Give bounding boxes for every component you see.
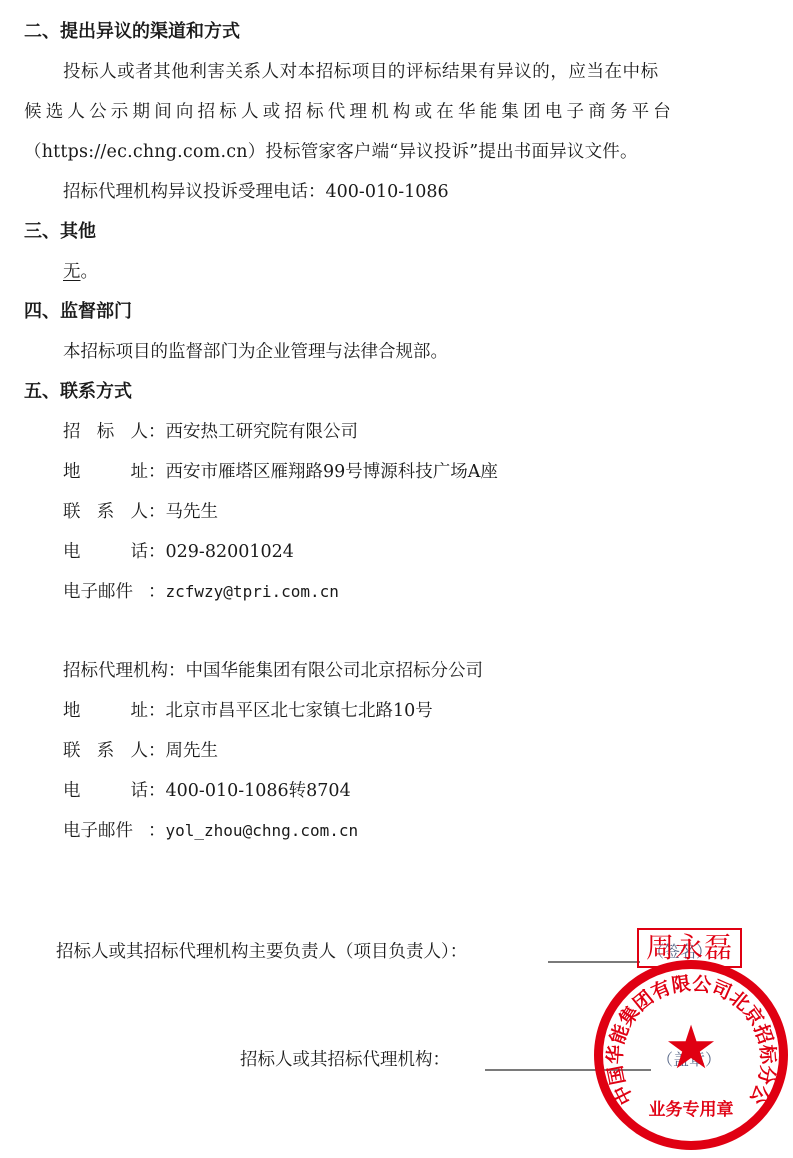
signature-line-1-label: 招标人或其招标代理机构主要负责人（项目负责人）： [56,940,467,964]
tenderer-email-value[interactable]: zcfwzy@tpri.com.cn [166,580,339,604]
tenderer-contact-row: 联 系 人 ：马先生 [63,500,218,524]
agency-email-value[interactable]: yol_zhou@chng.com.cn [166,819,359,843]
tenderer-org-label: 招 标 人 [63,420,148,444]
agency-address-value: 北京市昌平区北七家镇七北路10号 [166,699,433,723]
tenderer-org-value: 西安热工研究院有限公司 [166,420,359,444]
tenderer-contact-value: 马先生 [166,500,219,524]
tenderer-email-row: 电子邮件：zcfwzy@tpri.com.cn [63,580,339,604]
tenderer-phone-value: 029-82001024 [166,540,294,564]
agency-contact-row: 联 系 人 ：周先生 [63,739,218,763]
tenderer-org-row: 招 标 人 ：西安热工研究院有限公司 [63,420,358,444]
agency-phone-row: 电 话 ：400-010-1086转8704 [63,779,351,803]
hotline-value: 400-010-1086 [326,182,449,202]
objection-paragraph-line-1: 投标人或者其他利害关系人对本招标项目的评标结果有异议的，应当在中标 [63,60,659,84]
section-heading-objection-channels: 二、提出异议的渠道和方式 [24,20,240,44]
other-body-none: 无 [63,262,81,282]
objection-paragraph-line-2: 候选人公示期间向招标人或招标代理机构或在华能集团电子商务平台 [24,100,675,124]
tenderer-address-value: 西安市雁塔区雁翔路99号博源科技广场A座 [166,460,498,484]
official-stamp: 中国华能集团有限公司北京招标分公司 ★ 业务专用章 [594,960,788,1150]
signature-line-2-label: 招标人或其招标代理机构： [240,1048,450,1072]
objection-paragraph-line-3: （https://ec.chng.com.cn）投标管家客户端“异议投诉”提出书… [24,140,638,164]
agency-org-value: 中国华能集团有限公司北京招标分公司 [186,661,484,681]
agency-address-label: 地 址 [63,699,148,723]
agency-phone-value: 400-010-1086转8704 [166,779,351,803]
section-heading-other: 三、其他 [24,220,96,244]
tenderer-address-row: 地 址 ：西安市雁塔区雁翔路99号博源科技广场A座 [63,460,498,484]
supervision-body: 本招标项目的监督部门为企业管理与法律合规部。 [63,340,448,364]
signer-name-seal: 周永磊 [637,928,742,968]
agency-org-row: 招标代理机构：中国华能集团有限公司北京招标分公司 [63,659,483,683]
stamp-star-icon: ★ [664,1013,718,1083]
other-body: 无。 [63,260,98,284]
tenderer-address-label: 地 址 [63,460,148,484]
tenderer-phone-row: 电 话 ：029-82001024 [63,540,294,564]
agency-email-row: 电子邮件：yol_zhou@chng.com.cn [63,819,358,843]
agency-contact-label: 联 系 人 [63,739,148,763]
tenderer-email-label: 电子邮件 [63,580,148,604]
section-heading-supervision: 四、监督部门 [24,300,132,324]
agency-email-label: 电子邮件 [63,819,148,843]
agency-contact-value: 周先生 [166,739,219,763]
tenderer-phone-label: 电 话 [63,540,148,564]
agency-address-row: 地 址 ：北京市昌平区北七家镇七北路10号 [63,699,433,723]
agency-phone-label: 电 话 [63,779,148,803]
objection-hotline: 招标代理机构异议投诉受理电话：400-010-1086 [63,180,449,204]
hotline-label: 招标代理机构异议投诉受理电话： [63,182,326,202]
agency-org-label: 招标代理机构 [63,661,168,681]
tenderer-contact-label: 联 系 人 [63,500,148,524]
stamp-bottom-text: 业务专用章 [649,1099,734,1120]
other-body-punct: 。 [81,262,99,282]
section-heading-contact: 五、联系方式 [24,380,132,404]
